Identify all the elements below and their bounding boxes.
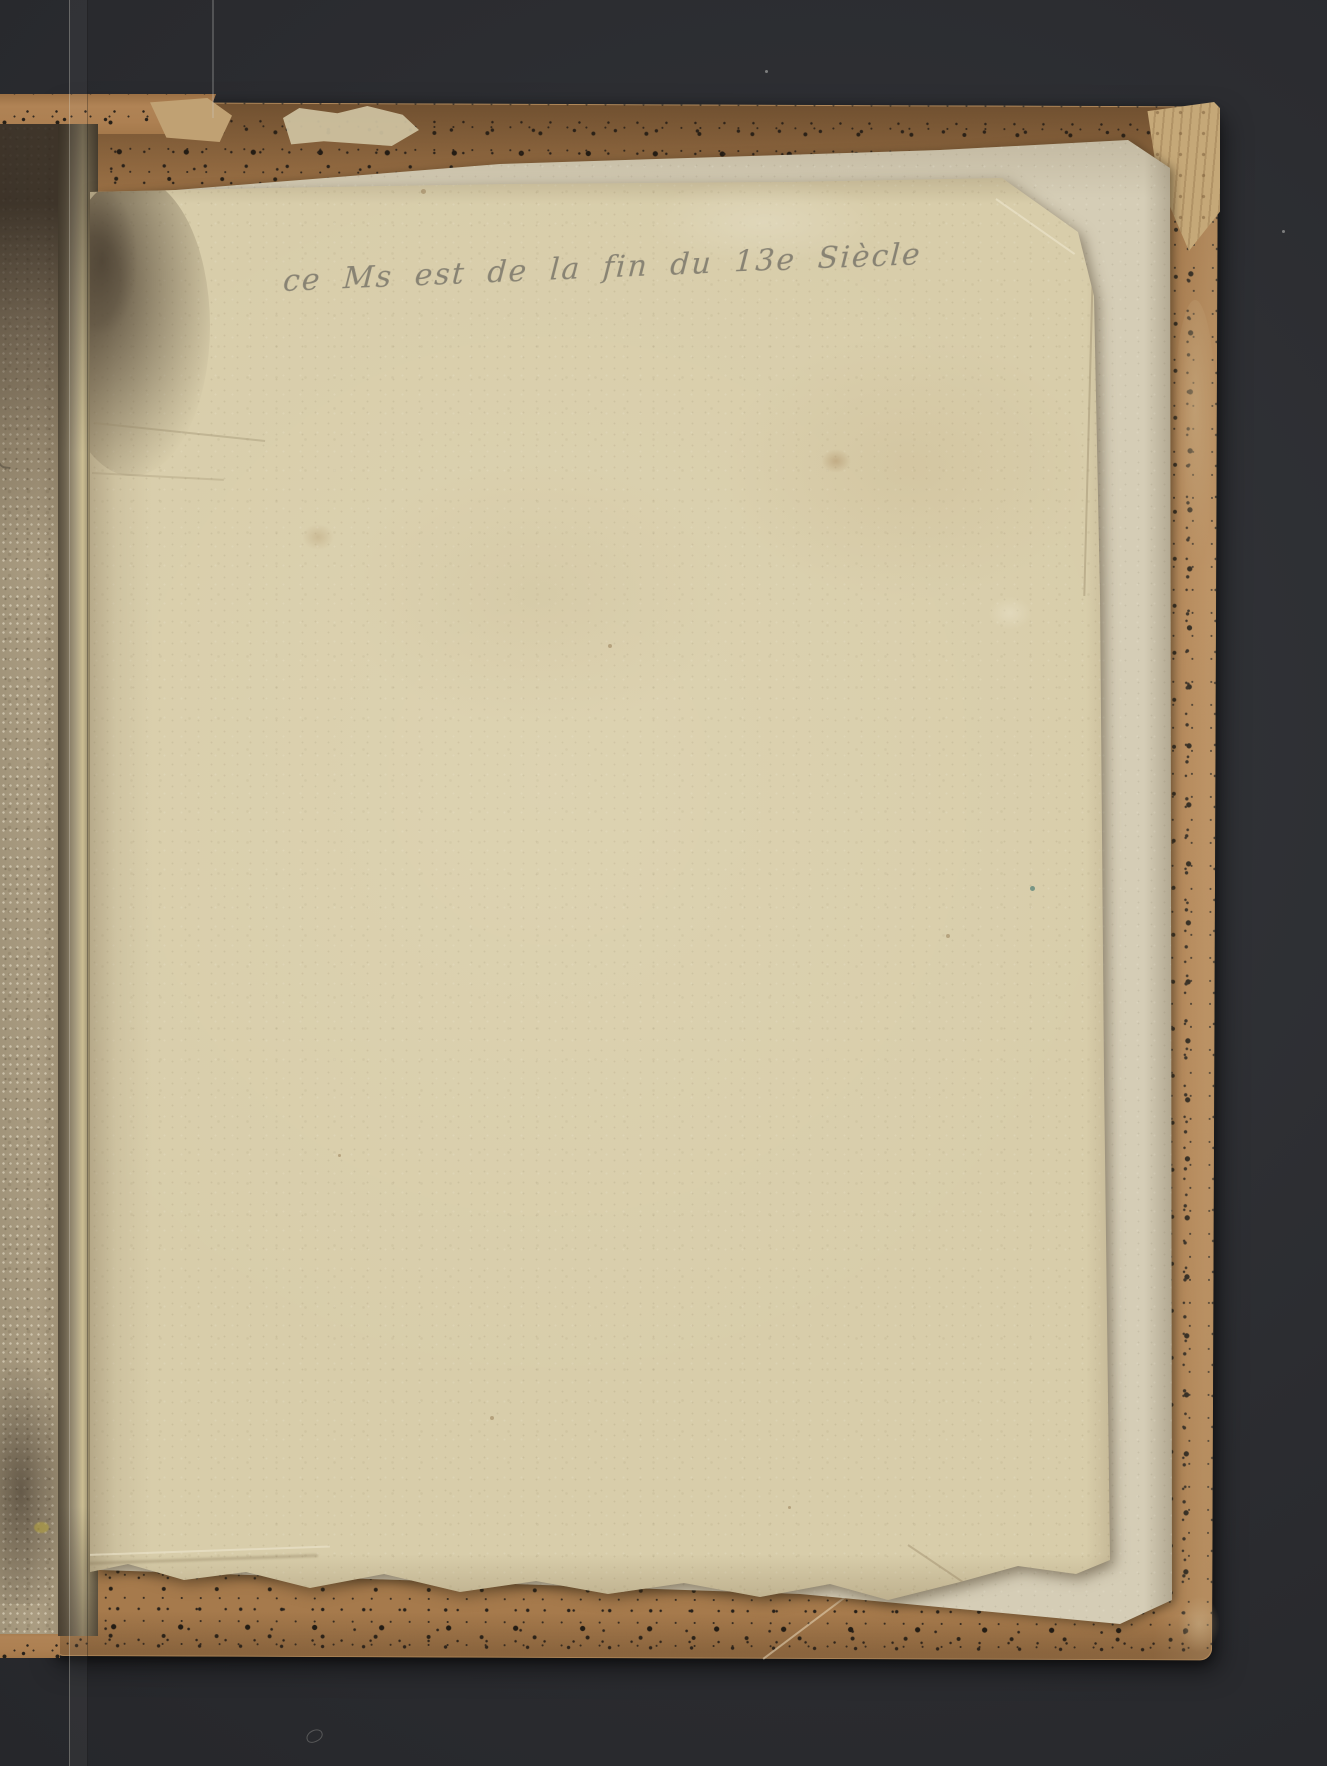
- water-stain-upper-right: [728, 336, 1088, 598]
- brown-spot: [302, 524, 334, 550]
- foxing-dot: [421, 189, 426, 194]
- brown-spot: [821, 449, 851, 473]
- acrylic-sheet-edge: [212, 0, 214, 118]
- foxing-dot: [338, 1154, 341, 1157]
- dust-speck: [1282, 230, 1285, 233]
- acrylic-clamp-strip: [69, 0, 88, 1766]
- manuscript-photograph: ce Ms est de la fin du 13e Siècle: [0, 0, 1327, 1766]
- flyleaf-page: [88, 176, 1112, 1606]
- cover-corner-wear-bottom-right: [1178, 1596, 1220, 1652]
- parchment-yellow-fleck: [34, 1522, 49, 1533]
- water-stain-middle: [346, 464, 728, 726]
- foxing-dot: [490, 1416, 494, 1420]
- dust-speck: [765, 70, 768, 73]
- cover-edge-wear-right: [1173, 300, 1217, 565]
- foxing-dot: [946, 934, 950, 938]
- teal-speck: [1030, 886, 1035, 891]
- foxing-dot: [608, 644, 612, 648]
- pale-spot: [988, 596, 1032, 630]
- foxing-dot: [788, 1506, 791, 1509]
